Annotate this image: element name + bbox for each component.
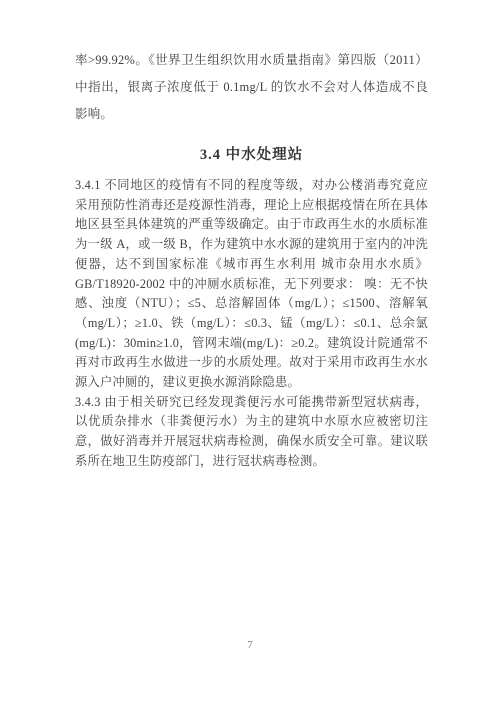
- document-page: 率>99.92%。《世界卫生组织饮用水质量指南》第四版（2011）中指出，银离子…: [0, 0, 500, 707]
- page-content: 率>99.92%。《世界卫生组织饮用水质量指南》第四版（2011）中指出，银离子…: [75, 47, 428, 472]
- paragraph-continuation: 率>99.92%。《世界卫生组织饮用水质量指南》第四版（2011）中指出，银离子…: [75, 47, 428, 128]
- paragraph-3-4-1: 3.4.1 不同地区的疫情有不同的程度等级，对办公楼消毒究竟应采用预防性消毒还是…: [75, 176, 428, 393]
- paragraph-3-4-3: 3.4.3 由于相关研究已经发现粪便污水可能携带新型冠状病毒，以优质杂排水（非粪…: [75, 393, 428, 472]
- page-number: 7: [0, 638, 500, 652]
- section-heading: 3.4 中水处理站: [75, 144, 428, 167]
